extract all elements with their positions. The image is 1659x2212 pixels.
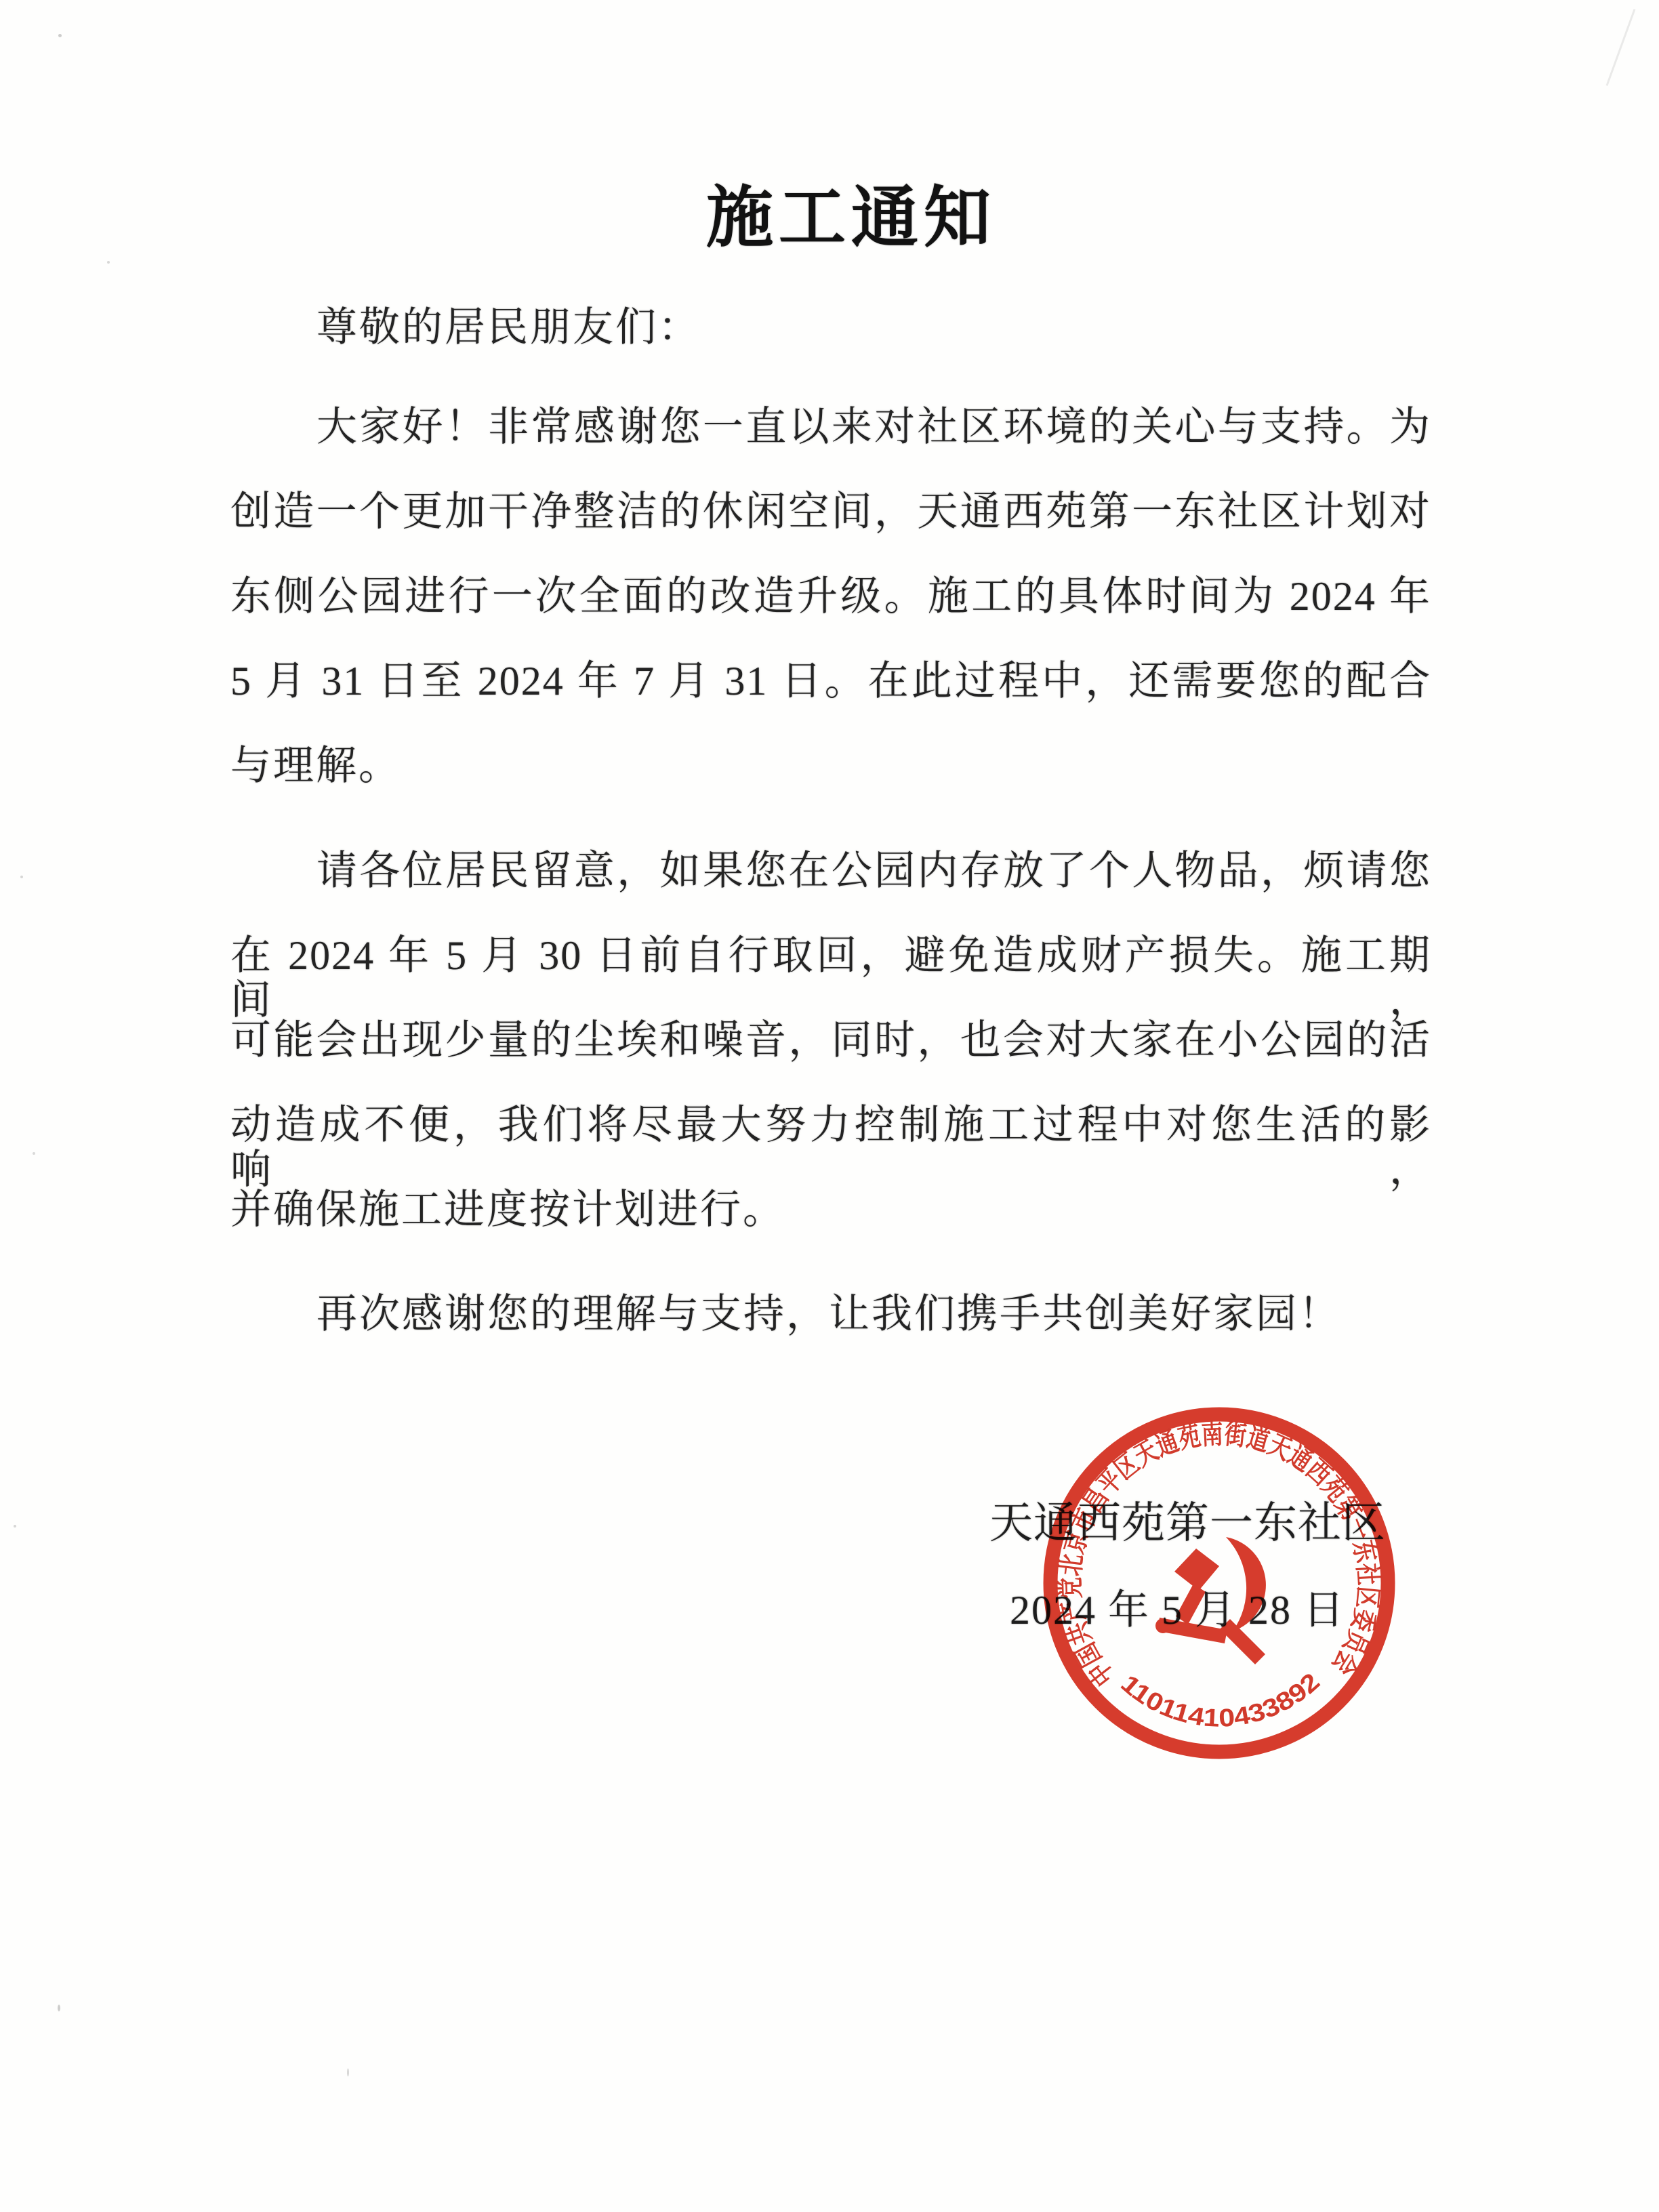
body-line: 东侧公园进行一次全面的改造升级。施工的具体时间为 2024 年 (230, 574, 1431, 619)
body-line: 可能会出现少量的尘埃和噪音，同时，也会对大家在小公园的活 (230, 1018, 1431, 1063)
seal-serial-number: 11011410433892 (1115, 1668, 1325, 1732)
body-line: 与理解。 (230, 743, 1431, 788)
body-line: 动造成不便，我们将尽最大努力控制施工过程中对您生活的影响， (230, 1103, 1431, 1192)
seal-graphic: 中国共产党北京市昌平区天通苑南街道天通西苑第一东社区委员会 1101141043… (1036, 1400, 1402, 1766)
official-seal: 中国共产党北京市昌平区天通苑南街道天通西苑第一东社区委员会 1101141043… (1036, 1400, 1402, 1766)
scan-speck (20, 876, 23, 878)
body-line: 在 2024 年 5 月 30 日前自行取回，避免造成财产损失。施工期间， (230, 933, 1431, 1023)
body-line: 5 月 31 日至 2024 年 7 月 31 日。在此过程中，还需要您的配合 (230, 659, 1431, 703)
seal-emblem-hammer-sickle-icon (1155, 1537, 1266, 1664)
scan-speck (58, 2005, 60, 2011)
scan-speck (1606, 9, 1636, 86)
body-line: 大家好！非常感谢您一直以来对社区环境的关心与支持。为 (230, 405, 1431, 449)
hammer-head (1174, 1549, 1219, 1591)
scanned-notice-page: 施工通知 尊敬的居民朋友们： 大家好！非常感谢您一直以来对社区环境的关心与支持。… (0, 0, 1659, 2212)
scan-speck (14, 1525, 16, 1528)
body-line: 创造一个更加干净整洁的休闲空间，天通西苑第一东社区计划对 (230, 489, 1431, 534)
scan-speck (33, 1152, 35, 1155)
closing-line: 再次感谢您的理解与支持，让我们携手共创美好家园！ (230, 1292, 1431, 1336)
body-line: 请各位居民留意，如果您在公园内存放了个人物品，烦请您 (230, 848, 1431, 893)
scan-speck (347, 2068, 349, 2076)
hammer-neck (1176, 1584, 1206, 1624)
sickle-blade (1226, 1537, 1266, 1631)
scan-speck (107, 261, 110, 264)
hammer-handle-end (1155, 1618, 1170, 1633)
salutation-line: 尊敬的居民朋友们： (230, 305, 1431, 350)
page-title: 施工通知 (706, 164, 996, 260)
scan-speck (58, 34, 62, 37)
body-line: 并确保施工进度按计划进行。 (230, 1187, 1431, 1232)
seal-border (1050, 1414, 1388, 1752)
